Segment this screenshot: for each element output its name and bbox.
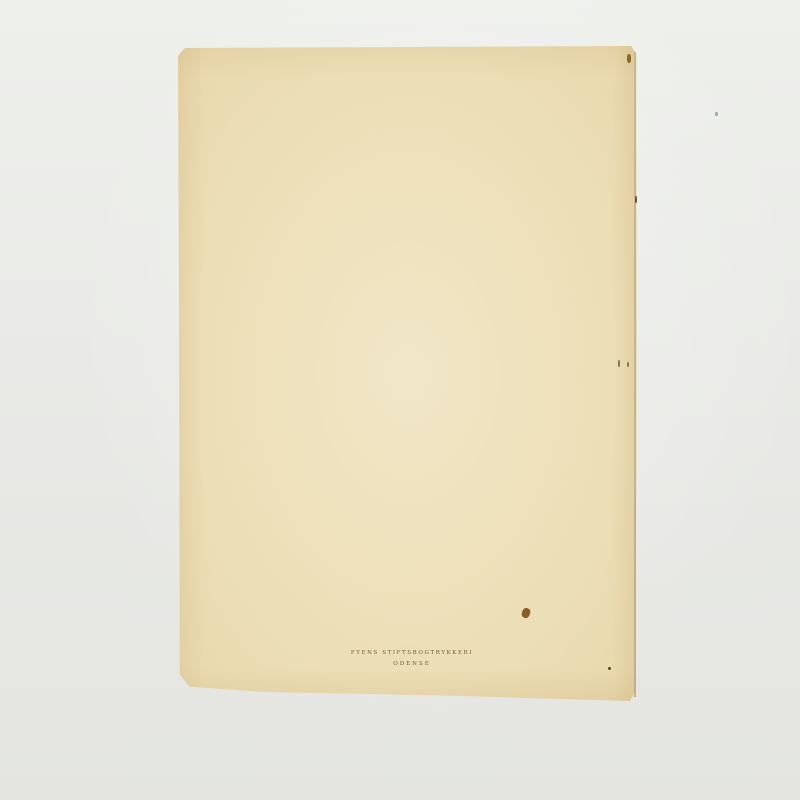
printer-imprint: FYENS STIFTSBOGTRYKKERI ODENSE: [338, 648, 486, 669]
backdrop-speck: [715, 112, 718, 116]
margin-mark: [618, 360, 620, 367]
booklet-back-cover: [178, 46, 638, 701]
edge-mark: [635, 196, 637, 203]
page-right-edge: [634, 52, 636, 697]
printer-name: FYENS STIFTSBOGTRYKKERI: [338, 648, 486, 658]
corner-stain-mark: [627, 54, 631, 63]
margin-mark: [627, 362, 629, 367]
printer-city: ODENSE: [338, 659, 486, 669]
foxing-dot: [608, 667, 611, 670]
